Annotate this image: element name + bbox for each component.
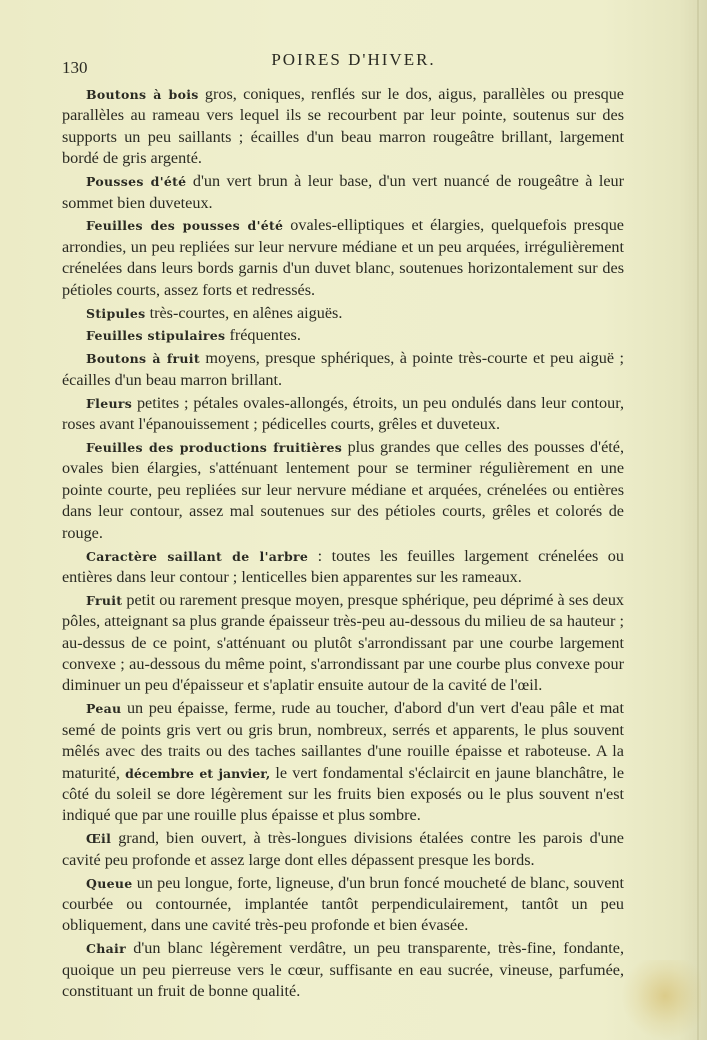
term-label: Chair (86, 941, 126, 956)
paragraph-boutons-a-bois: Boutons à bois gros, coniques, renflés s… (62, 84, 624, 170)
paragraph-stipules: Stipules très-courtes, en alênes aiguës. (62, 303, 624, 324)
body-text: Boutons à bois gros, coniques, renflés s… (62, 84, 624, 1004)
paragraph-text: fréquentes. (225, 326, 301, 344)
running-title: POIRES D'HIVER. (0, 50, 707, 70)
term-label: Boutons à bois (86, 87, 199, 102)
paragraph-fruit: Fruit petit ou rarement presque moyen, p… (62, 590, 624, 697)
paragraph-peau: Peau un peu épaisse, ferme, rude au touc… (62, 698, 624, 826)
term-label: Fleurs (86, 396, 132, 411)
maturity-emphasis: décembre et janvier, (125, 766, 270, 781)
paragraph-boutons-a-fruit: Boutons à fruit moyens, presque sphériqu… (62, 348, 624, 391)
paragraph-oeil: Œil grand, bien ouvert, à très-longues d… (62, 828, 624, 871)
paragraph-feuilles-productions-fruitieres: Feuilles des productions fruitières plus… (62, 437, 624, 544)
paragraph-queue: Queue un peu longue, forte, ligneuse, d'… (62, 873, 624, 937)
term-label: Boutons à fruit (86, 351, 200, 366)
paragraph-text: petit ou rarement presque moyen, presque… (62, 591, 624, 695)
paper-stain (621, 960, 701, 1040)
term-label: Œil (86, 831, 111, 846)
paragraph-feuilles-stipulaires: Feuilles stipulaires fréquentes. (62, 325, 624, 346)
page-edge (697, 0, 699, 1040)
paragraph-text: très-courtes, en alênes aiguës. (146, 304, 343, 322)
term-label: Queue (86, 876, 132, 891)
paragraph-pousses-d-ete: Pousses d'été d'un vert brun à leur base… (62, 171, 624, 214)
paragraph-fleurs: Fleurs petites ; pétales ovales-allongés… (62, 393, 624, 436)
term-label: Feuilles des pousses d'été (86, 218, 283, 233)
paragraph-text: petites ; pétales ovales-allongés, étroi… (62, 394, 624, 433)
term-label: Feuilles des productions fruitières (86, 440, 342, 455)
page-number: 130 (62, 58, 88, 78)
term-label: Fruit (86, 593, 122, 608)
term-label: Pousses d'été (86, 174, 186, 189)
paragraph-feuilles-des-pousses: Feuilles des pousses d'été ovales-ellipt… (62, 215, 624, 301)
book-page: POIRES D'HIVER. 130 Boutons à bois gros,… (0, 0, 707, 1040)
term-label: Caractère saillant de l'arbre (86, 549, 308, 564)
term-label: Feuilles stipulaires (86, 328, 225, 343)
paragraph-text: d'un blanc légèrement verdâtre, un peu t… (62, 939, 624, 1000)
term-label: Peau (86, 701, 121, 716)
paragraph-text: un peu longue, forte, ligneuse, d'un bru… (62, 874, 624, 935)
paragraph-caractere-saillant: Caractère saillant de l'arbre : toutes l… (62, 546, 624, 589)
paragraph-chair: Chair d'un blanc légèrement verdâtre, un… (62, 938, 624, 1002)
paragraph-text: grand, bien ouvert, à très-longues divis… (62, 829, 624, 868)
term-label: Stipules (86, 306, 146, 321)
